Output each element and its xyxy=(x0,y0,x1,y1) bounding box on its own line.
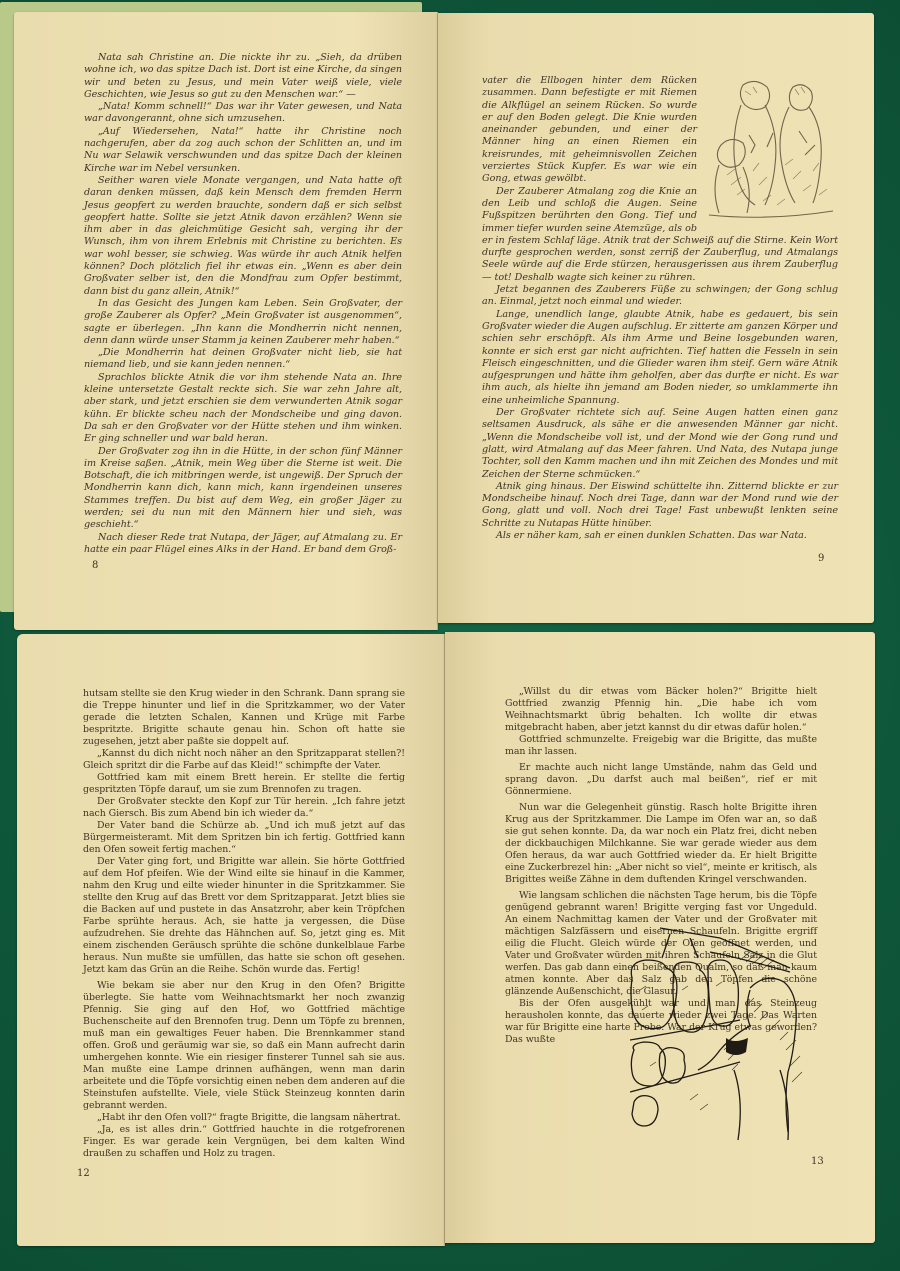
paragraph: Sprachlos blickte Atnik die vor ihm steh… xyxy=(84,372,402,446)
illustration-kiln xyxy=(630,920,806,1145)
paragraph: Jetzt begannen des Zauberers Füße zu sch… xyxy=(482,284,838,309)
paragraph: „Habt ihr den Ofen voll?“ fragte Brigitt… xyxy=(83,1112,405,1124)
paragraph: „Die Mondherrin hat deinen Großvater nic… xyxy=(84,347,402,372)
paragraph: Nun war die Gelegenheit günstig. Rasch h… xyxy=(505,802,817,886)
paragraph: Als er näher kam, sah er einen dunklen S… xyxy=(482,530,838,542)
paragraph: Lange, unendlich lange, glaubte Atnik, h… xyxy=(482,309,838,407)
paragraph: Der Großvater richtete sich auf. Seine A… xyxy=(482,407,838,481)
page-13: „Willst du dir etwas vom Bäcker holen?“ … xyxy=(445,632,875,1243)
page-number: 12 xyxy=(77,1168,90,1179)
paragraph: Der Vater band die Schürze ab. „Und ich … xyxy=(83,820,405,856)
paragraph: „Kannst du dich nicht noch näher an den … xyxy=(83,748,405,772)
paragraph: Nata sah Christine an. Die nickte ihr zu… xyxy=(84,52,402,101)
paragraph: Er machte auch nicht lange Umstände, nah… xyxy=(505,762,817,798)
inuit-figures-sketch-icon xyxy=(703,75,838,223)
page-12: hutsam stellte sie den Krug wieder in de… xyxy=(17,634,445,1246)
paragraph: „Willst du dir etwas vom Bäcker holen?“ … xyxy=(505,686,817,734)
page-number: 8 xyxy=(92,560,98,571)
paragraph: hutsam stellte sie den Krug wieder in de… xyxy=(83,688,405,748)
paragraph: Gottfried schmunzelte. Freigebig war die… xyxy=(505,734,817,758)
paragraph: In das Gesicht des Jungen kam Leben. Sei… xyxy=(84,298,402,347)
page-8: Nata sah Christine an. Die nickte ihr zu… xyxy=(14,12,438,630)
page-number: 13 xyxy=(811,1156,824,1167)
paragraph: Nach dieser Rede trat Nutapa, der Jäger,… xyxy=(84,532,402,557)
paragraph: Der Großvater steckte den Kopf zur Tür h… xyxy=(83,796,405,820)
paragraph: „Auf Wiedersehen, Nata!“ hatte ihr Chris… xyxy=(84,126,402,175)
paragraph: Atnik ging hinaus. Der Eiswind schüttelt… xyxy=(482,481,838,530)
paragraph: Gottfried kam mit einem Brett herein. Er… xyxy=(83,772,405,796)
page-9: vater die Ellbogen hinter dem Rücken zus… xyxy=(438,13,874,623)
page-number: 9 xyxy=(818,553,824,564)
paragraph: Der Vater ging fort, und Brigitte war al… xyxy=(83,856,405,976)
paragraph: Wie bekam sie aber nur den Krug in den O… xyxy=(83,980,405,1112)
page-12-text: hutsam stellte sie den Krug wieder in de… xyxy=(83,688,405,1160)
paragraph: „Ja, es ist alles drin.“ Gottfried hauch… xyxy=(83,1124,405,1160)
illustration-figures xyxy=(703,75,838,223)
paragraph: „Nata! Komm schnell!“ Das war ihr Vater … xyxy=(84,101,402,126)
girl-with-jugs-sketch-icon xyxy=(630,920,806,1145)
paragraph: Seither waren viele Monate vergangen, un… xyxy=(84,175,402,298)
page-9-text: vater die Ellbogen hinter dem Rücken zus… xyxy=(482,75,838,542)
paragraph: Der Großvater zog ihn in die Hütte, in d… xyxy=(84,446,402,532)
page-8-text: Nata sah Christine an. Die nickte ihr zu… xyxy=(84,52,402,556)
